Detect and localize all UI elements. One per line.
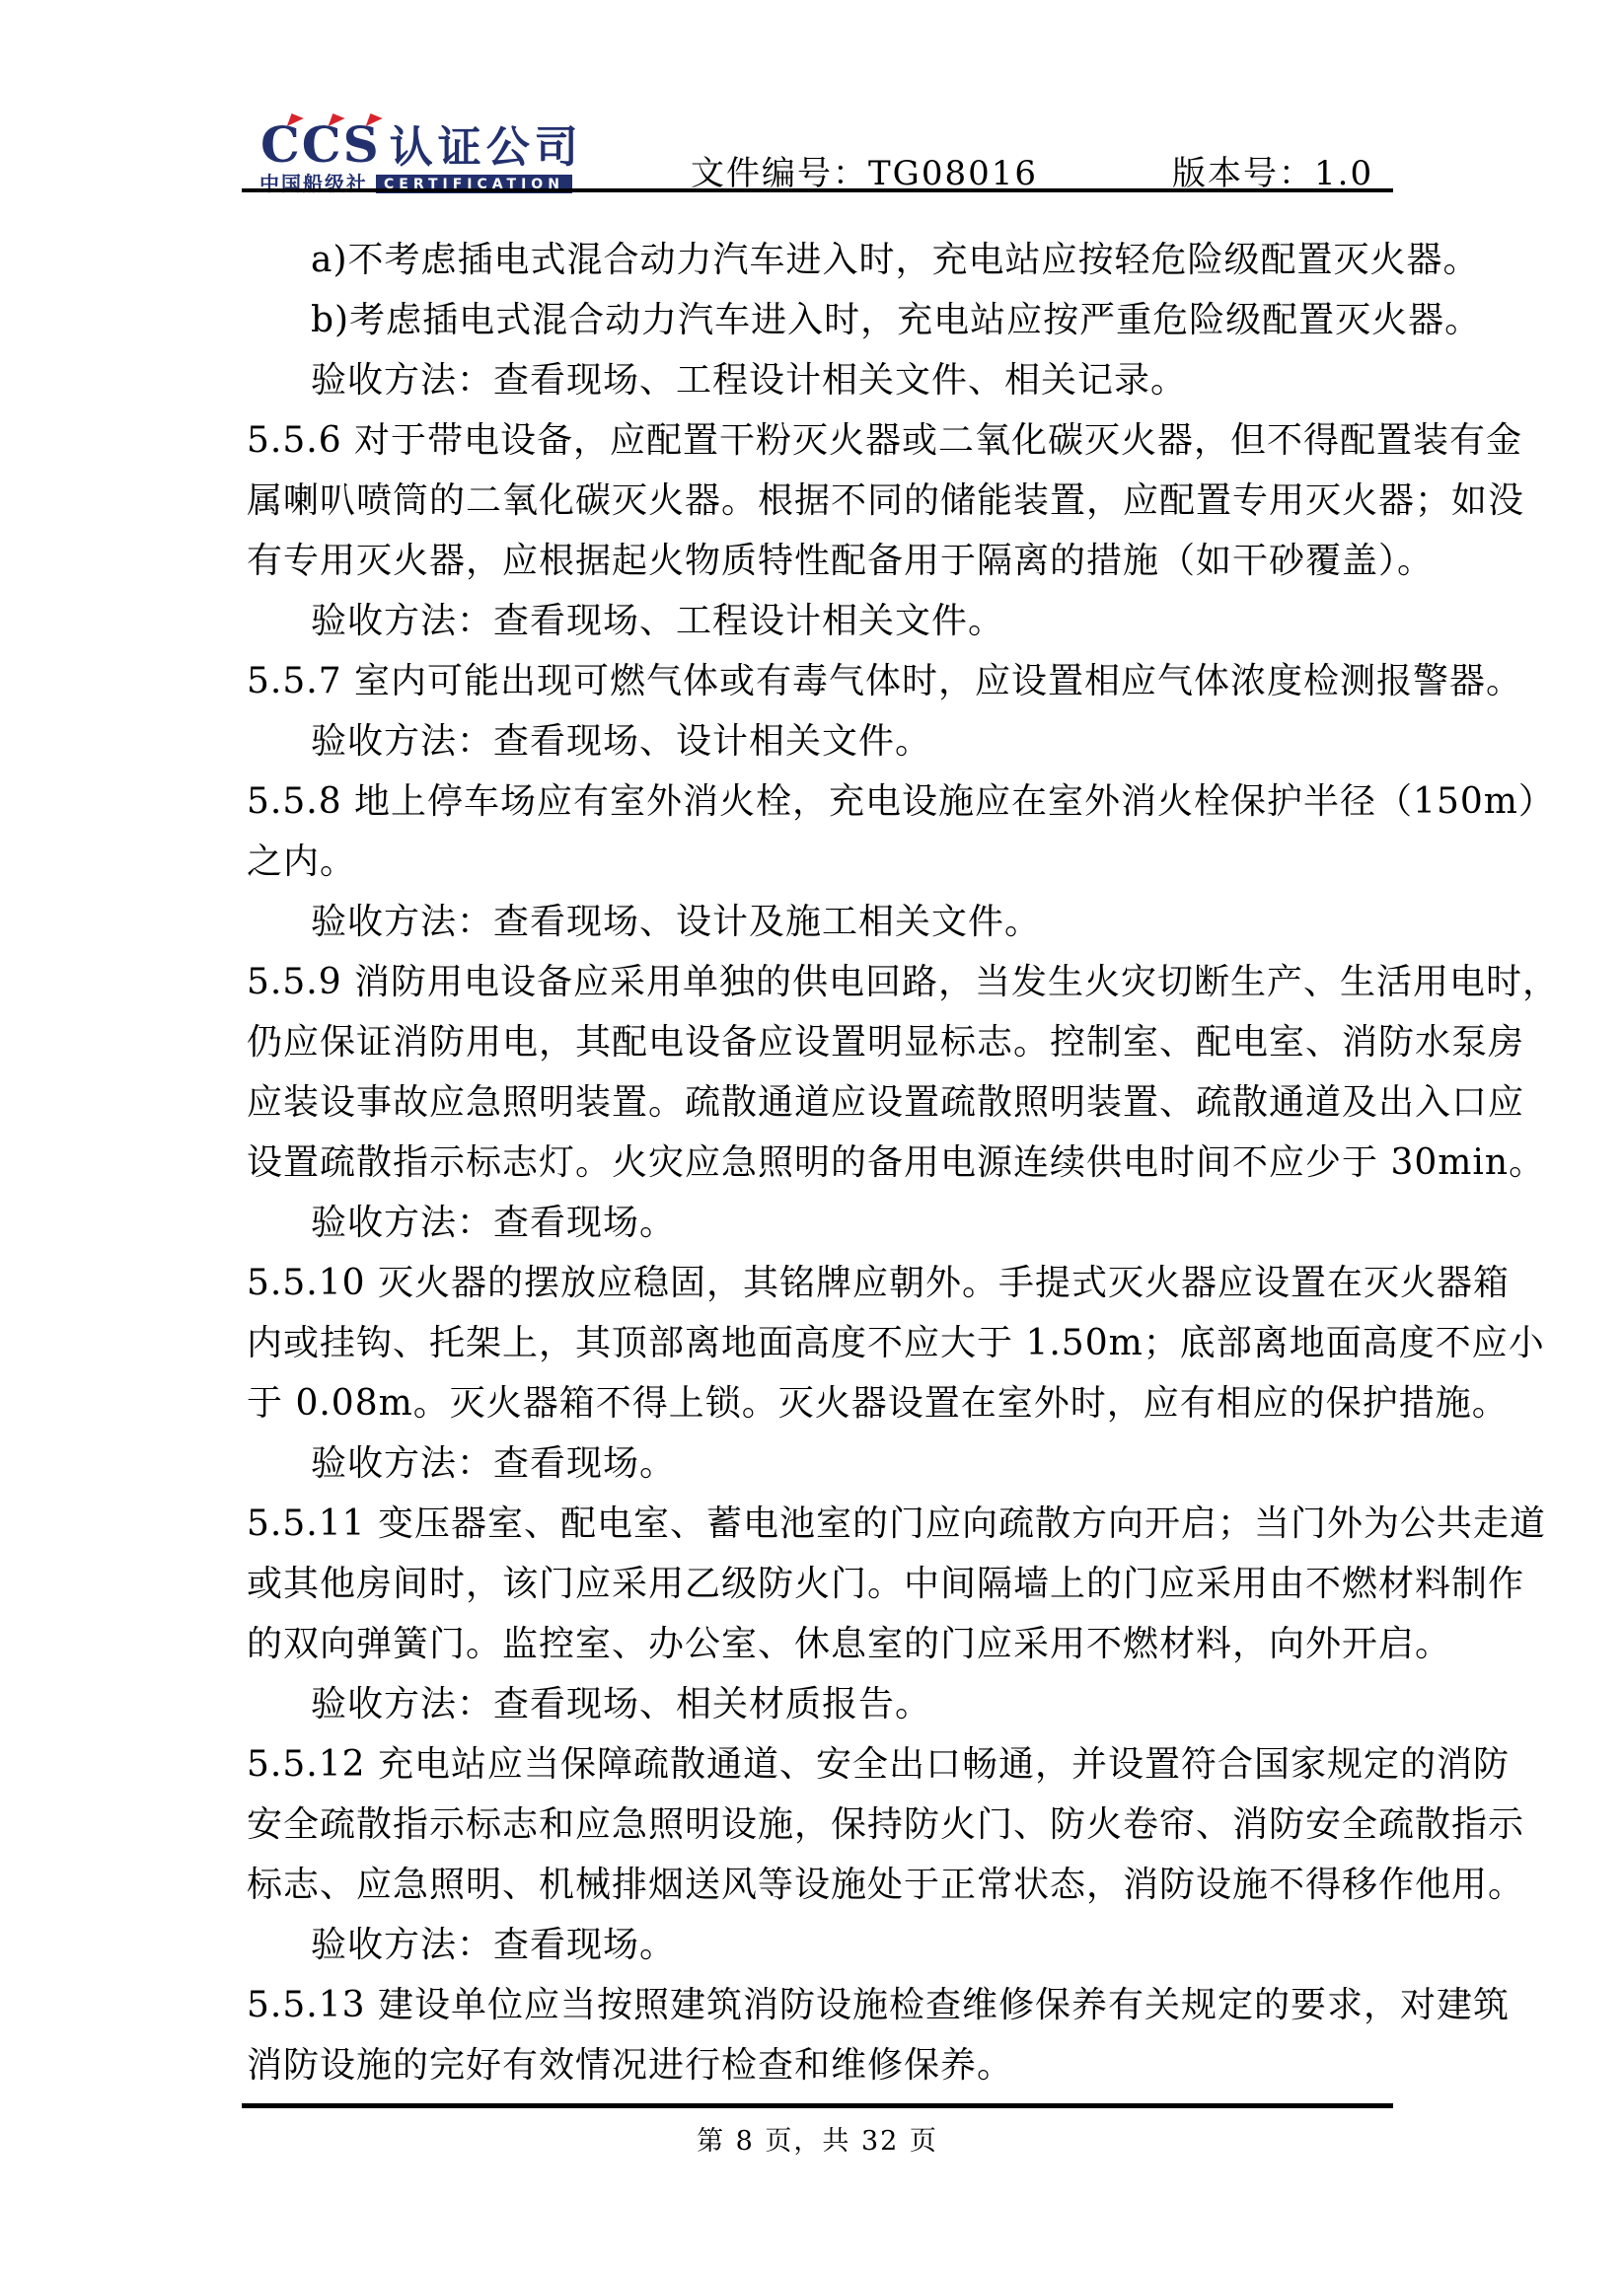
body-line: 有专用灭火器，应根据起火物质特性配备用于隔离的措施（如干砂覆盖）。 xyxy=(247,531,1406,591)
ccs-logo-top: CCS 认证公司 xyxy=(259,120,583,170)
document-body: a)不考虑插电式混合动力汽车进入时，充电站应按轻危险级配置灭火器。b)考虑插电式… xyxy=(247,230,1406,2095)
body-line: 属喇叭喷筒的二氧化碳灭火器。根据不同的储能装置，应配置专用灭火器；如没 xyxy=(247,471,1406,531)
body-line: 内或挂钩、托架上，其顶部离地面高度不应大于 1.50m；底部离地面高度不应小 xyxy=(247,1313,1406,1373)
body-line: 标志、应急照明、机械排烟送风等设施处于正常状态，消防设施不得移作他用。 xyxy=(247,1855,1406,1915)
body-line: 5.5.10 灭火器的摆放应稳固，其铭牌应朝外。手提式灭火器应设置在灭火器箱 xyxy=(247,1253,1406,1313)
document-page: CCS 认证公司 中国船级社 CERTIFICATION 文件编号：TG0801… xyxy=(0,0,1624,2273)
body-line: b)考虑插电式混合动力汽车进入时，充电站应按严重危险级配置灭火器。 xyxy=(247,290,1406,350)
body-line: 5.5.13 建设单位应当按照建筑消防设施检查维修保养有关规定的要求，对建筑 xyxy=(247,1975,1406,2035)
body-line: 之内。 xyxy=(247,832,1406,892)
ccs-letter: C xyxy=(259,120,301,170)
ccs-letter: C xyxy=(301,120,342,170)
body-line: 验收方法：查看现场、设计及施工相关文件。 xyxy=(247,892,1406,952)
body-line: 验收方法：查看现场。 xyxy=(247,1193,1406,1253)
body-line: 5.5.7 室内可能出现可燃气体或有毒气体时，应设置相应气体浓度检测报警器。 xyxy=(247,651,1406,711)
version-value: 1.0 xyxy=(1314,154,1373,193)
body-line: 验收方法：查看现场、相关材质报告。 xyxy=(247,1674,1406,1734)
doc-number: 文件编号：TG08016 xyxy=(691,146,1038,194)
ccs-letter: S xyxy=(342,120,380,170)
body-line: 5.5.11 变压器室、配电室、蓄电池室的门应向疏散方向开启；当门外为公共走道 xyxy=(247,1494,1406,1554)
doc-number-value: TG08016 xyxy=(868,154,1038,193)
body-line: 验收方法：查看现场、设计相关文件。 xyxy=(247,711,1406,771)
body-line: 5.5.9 消防用电设备应采用单独的供电回路，当发生火灾切断生产、生活用电时， xyxy=(247,952,1406,1012)
header-rule xyxy=(242,188,1393,192)
version-number: 版本号：1.0 xyxy=(1172,146,1373,194)
body-line: 或其他房间时，该门应采用乙级防火门。中间隔墙上的门应采用由不燃材料制作 xyxy=(247,1554,1406,1614)
body-line: 验收方法：查看现场、工程设计相关文件、相关记录。 xyxy=(247,350,1406,410)
body-line: 验收方法：查看现场、工程设计相关文件。 xyxy=(247,591,1406,651)
ccs-logo: CCS 认证公司 中国船级社 CERTIFICATION xyxy=(259,120,583,193)
page-number: 第 8 页，共 32 页 xyxy=(242,2119,1393,2158)
body-line: 安全疏散指示标志和应急照明设施，保持防火门、防火卷帘、消防安全疏散指示 xyxy=(247,1795,1406,1855)
footer-rule xyxy=(242,2103,1393,2108)
body-line: 验收方法：查看现场。 xyxy=(247,1915,1406,1975)
body-line: 5.5.12 充电站应当保障疏散通道、安全出口畅通，并设置符合国家规定的消防 xyxy=(247,1734,1406,1795)
body-line: 设置疏散指示标志灯。火灾应急照明的备用电源连续供电时间不应少于 30min。 xyxy=(247,1133,1406,1193)
body-line: 验收方法：查看现场。 xyxy=(247,1433,1406,1494)
ccs-brand-cn: 认证公司 xyxy=(390,126,583,170)
body-line: 的双向弹簧门。监控室、办公室、休息室的门应采用不燃材料，向外开启。 xyxy=(247,1614,1406,1674)
body-line: 应装设事故应急照明装置。疏散通道应设置疏散照明装置、疏散通道及出入口应 xyxy=(247,1072,1406,1133)
body-line: 消防设施的完好有效情况进行检查和维修保养。 xyxy=(247,2035,1406,2095)
body-line: 5.5.6 对于带电设备，应配置干粉灭火器或二氧化碳灭火器，但不得配置装有金 xyxy=(247,410,1406,471)
body-line: a)不考虑插电式混合动力汽车进入时，充电站应按轻危险级配置灭火器。 xyxy=(247,230,1406,290)
body-line: 5.5.8 地上停车场应有室外消火栓，充电设施应在室外消火栓保护半径（150m） xyxy=(247,771,1406,832)
body-line: 仍应保证消防用电，其配电设备应设置明显标志。控制室、配电室、消防水泵房 xyxy=(247,1012,1406,1072)
version-label: 版本号： xyxy=(1172,154,1314,193)
doc-number-label: 文件编号： xyxy=(691,154,868,193)
body-line: 于 0.08m。灭火器箱不得上锁。灭火器设置在室外时，应有相应的保护措施。 xyxy=(247,1373,1406,1433)
ccs-logo-letters: CCS xyxy=(259,120,380,170)
